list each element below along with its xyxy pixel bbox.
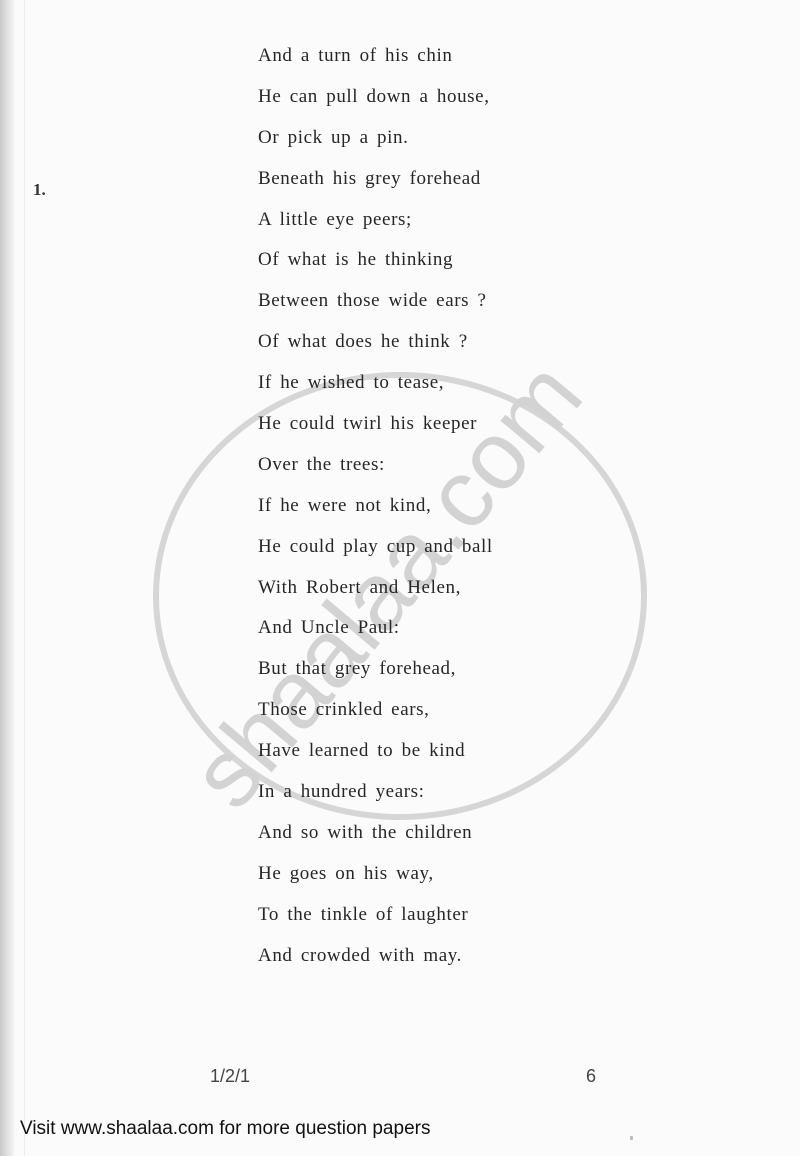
poem-line: In a hundred years: [258, 780, 493, 821]
poem-line: Or pick up a pin. [258, 126, 493, 167]
poem-line: He goes on his way, [258, 862, 493, 903]
poem-line: He could play cup and ball [258, 535, 493, 576]
poem-line: Of what does he think ? [258, 330, 493, 371]
page-left-edge-shadow [0, 0, 14, 1156]
poem-line: He could twirl his keeper [258, 412, 493, 453]
poem-text: And a turn of his chin He can pull down … [258, 44, 493, 984]
poem-line: If he wished to tease, [258, 371, 493, 412]
poem-line: Those crinkled ears, [258, 698, 493, 739]
visit-website-note: Visit www.shaalaa.com for more question … [20, 1118, 430, 1140]
poem-line: And a turn of his chin [258, 44, 493, 85]
poem-line: Beneath his grey forehead [258, 167, 493, 208]
poem-line: And so with the children [258, 821, 493, 862]
poem-line: But that grey forehead, [258, 657, 493, 698]
poem-line: With Robert and Helen, [258, 576, 493, 617]
question-number: 1. [33, 180, 46, 200]
poem-line: To the tinkle of laughter [258, 903, 493, 944]
poem-line: And Uncle Paul: [258, 616, 493, 657]
margin-line [24, 0, 25, 1156]
paper-code: 1/2/1 [210, 1066, 250, 1087]
poem-line: Of what is he thinking [258, 248, 493, 289]
poem-line: Between those wide ears ? [258, 289, 493, 330]
poem-line: Have learned to be kind [258, 739, 493, 780]
poem-line: A little eye peers; [258, 208, 493, 249]
poem-line: Over the trees: [258, 453, 493, 494]
scan-speck [630, 1136, 633, 1140]
poem-line: If he were not kind, [258, 494, 493, 535]
poem-line: And crowded with may. [258, 944, 493, 985]
poem-line: He can pull down a house, [258, 85, 493, 126]
page-number: 6 [586, 1066, 596, 1087]
